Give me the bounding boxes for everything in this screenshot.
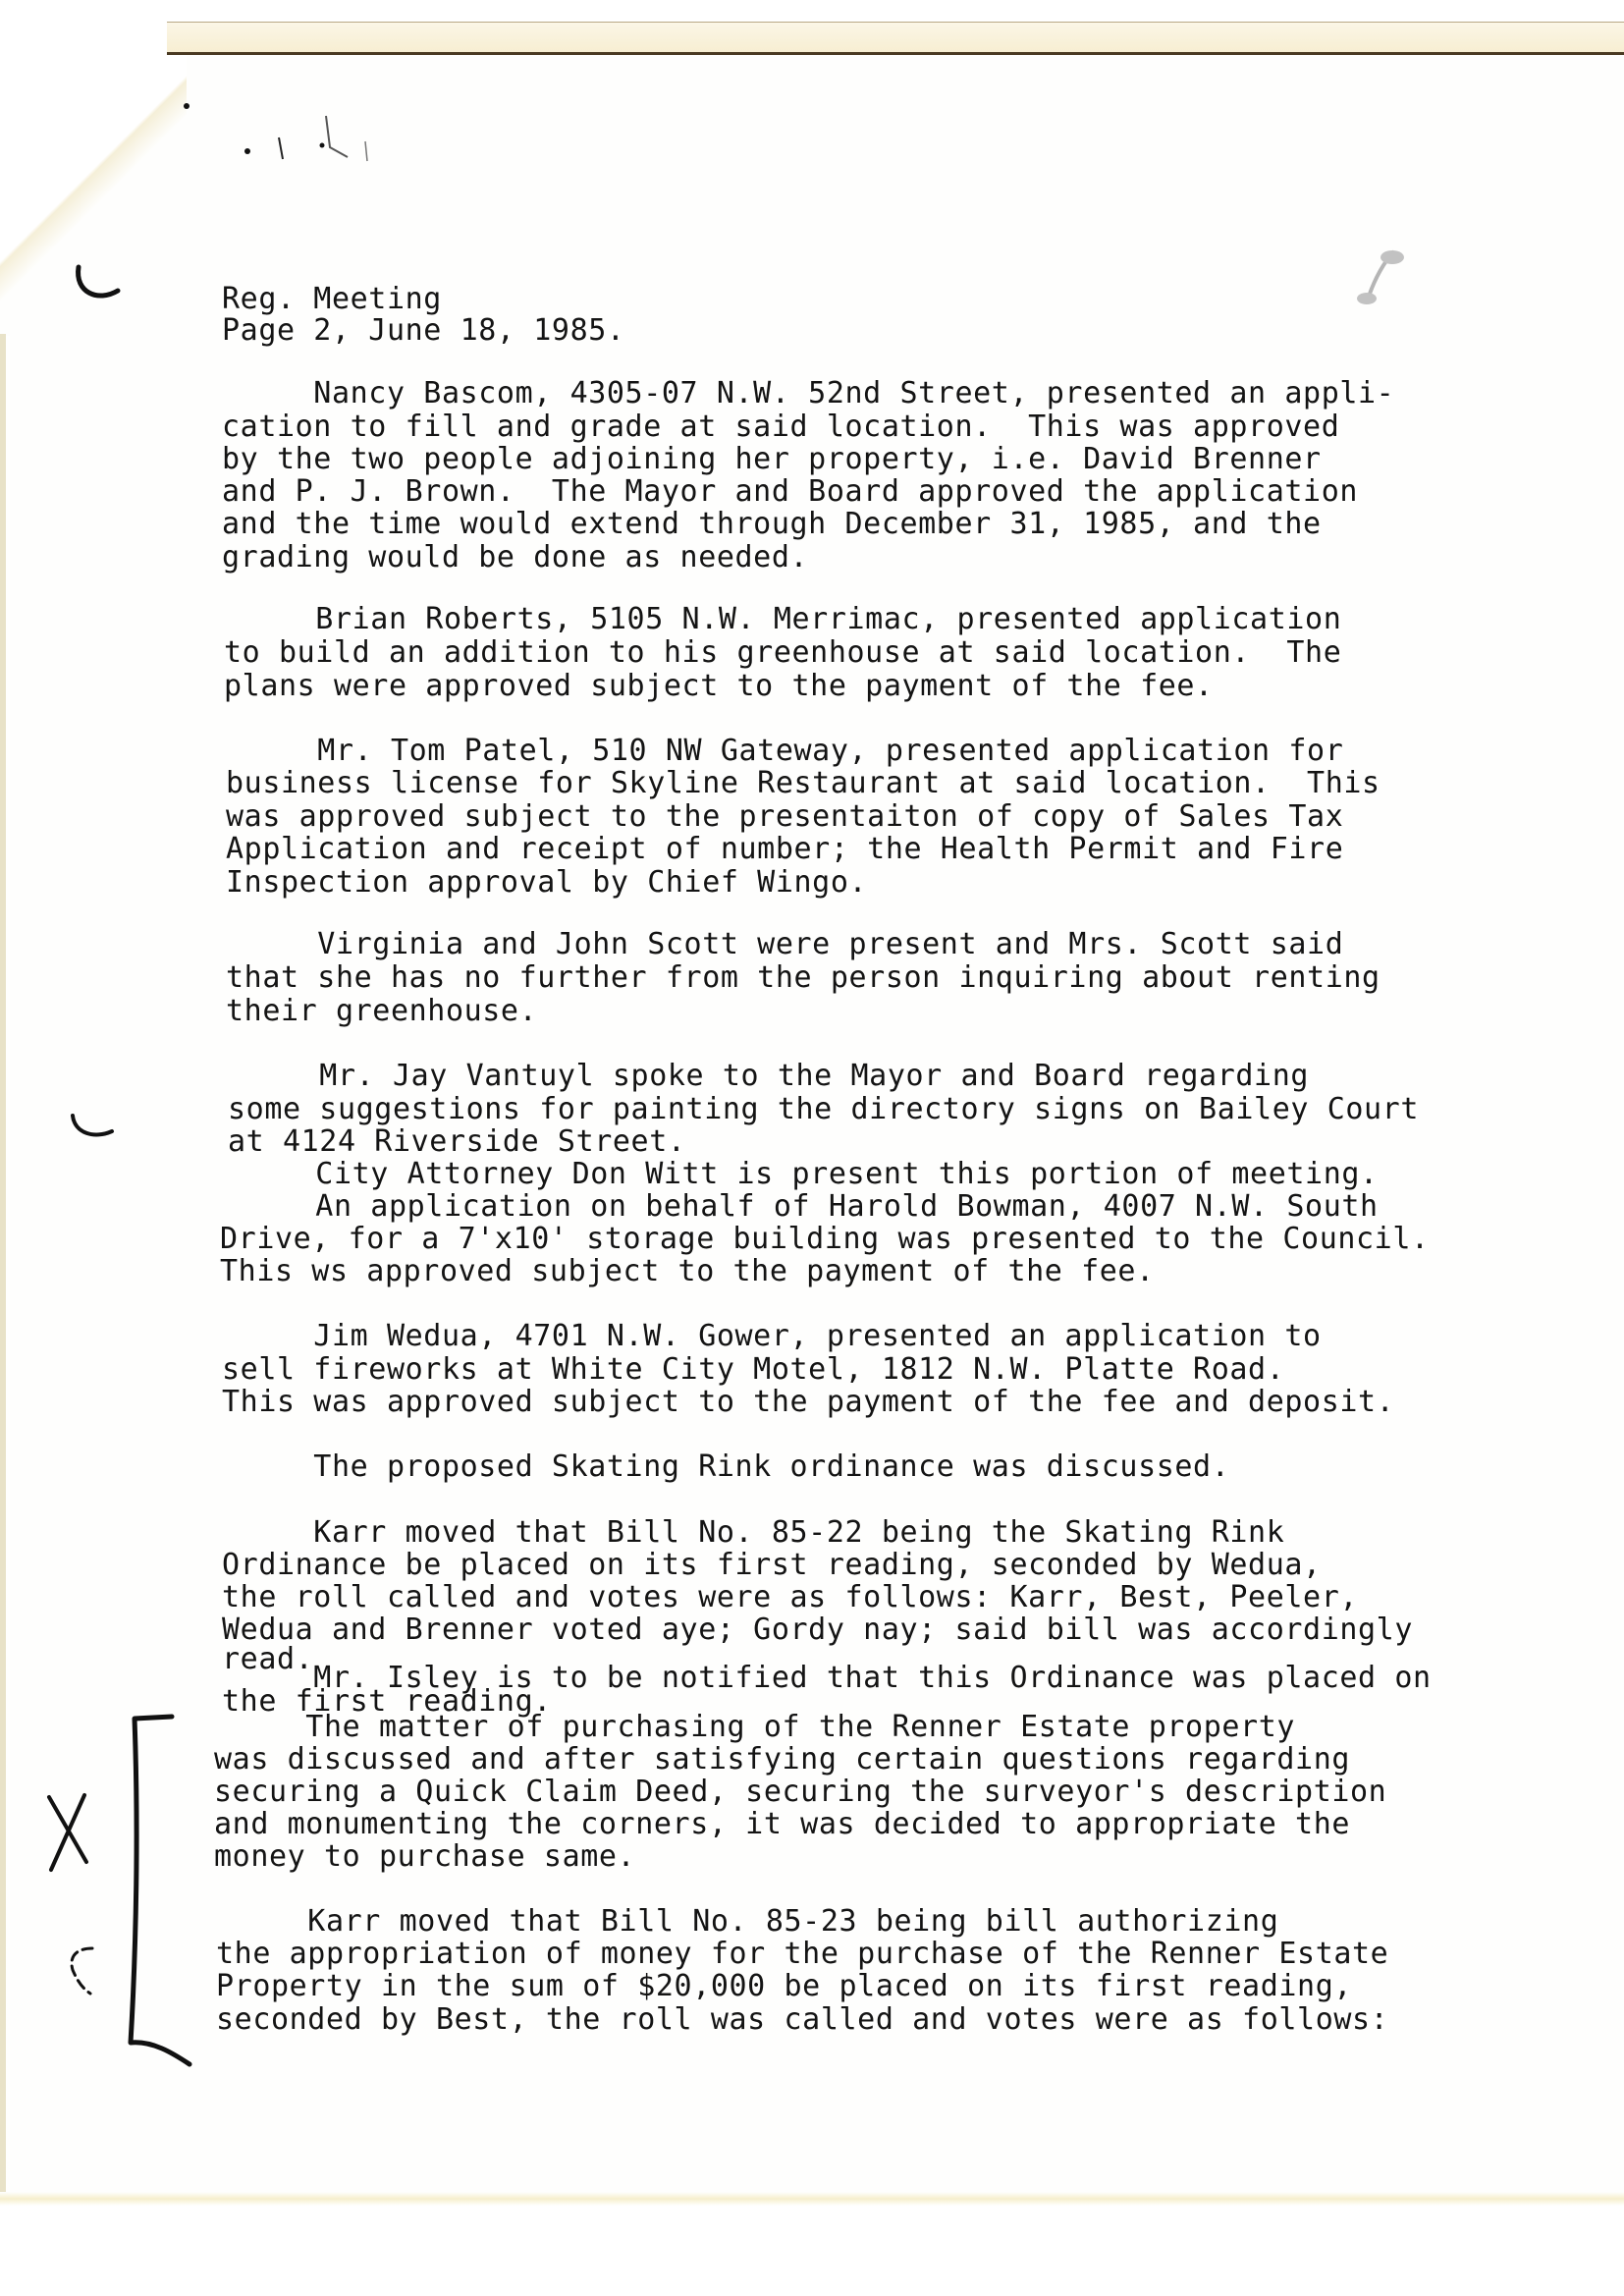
header-page-date: Page 2, June 18, 1985. bbox=[222, 314, 625, 348]
text-line: was approved subject to the presentaiton… bbox=[226, 800, 1343, 834]
margin-hole-mark-middle bbox=[65, 1112, 124, 1151]
text-line: the appropriation of money for the purch… bbox=[216, 1938, 1388, 1971]
text-line: Jim Wedua, 4701 N.W. Gower, presented an… bbox=[222, 1320, 1322, 1353]
margin-x-mark bbox=[43, 1787, 92, 1876]
scan-specks bbox=[177, 98, 432, 177]
text-line: Ordinance be placed on its first reading… bbox=[222, 1549, 1322, 1582]
margin-bracket-mark bbox=[123, 1709, 201, 2072]
text-line: sell fireworks at White City Motel, 1812… bbox=[222, 1353, 1284, 1387]
text-line: their greenhouse. bbox=[226, 995, 537, 1028]
text-line: Drive, for a 7'x10' storage building was… bbox=[220, 1223, 1430, 1256]
text-line: An application on behalf of Harold Bowma… bbox=[224, 1190, 1379, 1224]
text-line: Property in the sum of $20,000 be placed… bbox=[216, 1970, 1352, 2003]
text-line: Virginia and John Scott were present and… bbox=[226, 928, 1343, 961]
text-line: Nancy Bascom, 4305-07 N.W. 52nd Street, … bbox=[222, 377, 1394, 410]
text-line: This was approved subject to the payment… bbox=[222, 1386, 1394, 1419]
text-line: Inspection approval by Chief Wingo. bbox=[226, 866, 867, 900]
text-line: some suggestions for painting the direct… bbox=[228, 1093, 1419, 1126]
text-line: cation to fill and grade at said locatio… bbox=[222, 410, 1339, 444]
text-line: The proposed Skating Rink ordinance was … bbox=[222, 1450, 1229, 1484]
ink-smudge bbox=[1345, 240, 1424, 308]
text-line: Karr moved that Bill No. 85-22 being the… bbox=[222, 1516, 1284, 1550]
margin-hole-mark-top bbox=[69, 263, 128, 312]
text-line: Application and receipt of number; the H… bbox=[226, 833, 1343, 866]
text-line: that she has no further from the person … bbox=[226, 961, 1380, 995]
text-line: was discussed and after satisfying certa… bbox=[214, 1743, 1350, 1777]
text-line: plans were approved subject to the payme… bbox=[224, 670, 1214, 703]
text-line: Brian Roberts, 5105 N.W. Merrimac, prese… bbox=[224, 603, 1341, 636]
text-line: The matter of purchasing of the Renner E… bbox=[214, 1711, 1295, 1744]
text-line: to build an addition to his greenhouse a… bbox=[224, 636, 1341, 670]
text-line: seconded by Best, the roll was called an… bbox=[216, 2003, 1388, 2037]
text-line: This ws approved subject to the payment … bbox=[220, 1255, 1155, 1288]
text-line: by the two people adjoining her property… bbox=[222, 443, 1322, 476]
text-line: and the time would extend through Decemb… bbox=[222, 508, 1322, 541]
text-line: at 4124 Riverside Street. bbox=[228, 1125, 686, 1159]
text-line: grading would be done as needed. bbox=[222, 541, 808, 574]
page-bottom-edge bbox=[0, 2192, 1624, 2206]
text-line: money to purchase same. bbox=[214, 1840, 635, 1874]
margin-hole-mark-bottom bbox=[63, 1944, 112, 2003]
text-line: and monumenting the corners, it was deci… bbox=[214, 1808, 1350, 1841]
page-top-edge bbox=[167, 22, 1624, 55]
text-line: Mr. Tom Patel, 510 NW Gateway, presented… bbox=[226, 735, 1343, 768]
text-line: the roll called and votes were as follow… bbox=[222, 1581, 1358, 1614]
header-meeting: Reg. Meeting bbox=[222, 283, 442, 316]
text-line: business license for Skyline Restaurant … bbox=[226, 767, 1380, 800]
text-line: Wedua and Brenner voted aye; Gordy nay; … bbox=[222, 1613, 1413, 1647]
text-line: and P. J. Brown. The Mayor and Board app… bbox=[222, 475, 1358, 509]
text-line: securing a Quick Claim Deed, securing th… bbox=[214, 1776, 1386, 1809]
text-line: City Attorney Don Witt is present this p… bbox=[224, 1158, 1379, 1191]
text-line: Mr. Jay Vantuyl spoke to the Mayor and B… bbox=[228, 1060, 1309, 1093]
page-left-edge bbox=[0, 334, 6, 2200]
text-line: Karr moved that Bill No. 85-23 being bil… bbox=[216, 1905, 1278, 1939]
